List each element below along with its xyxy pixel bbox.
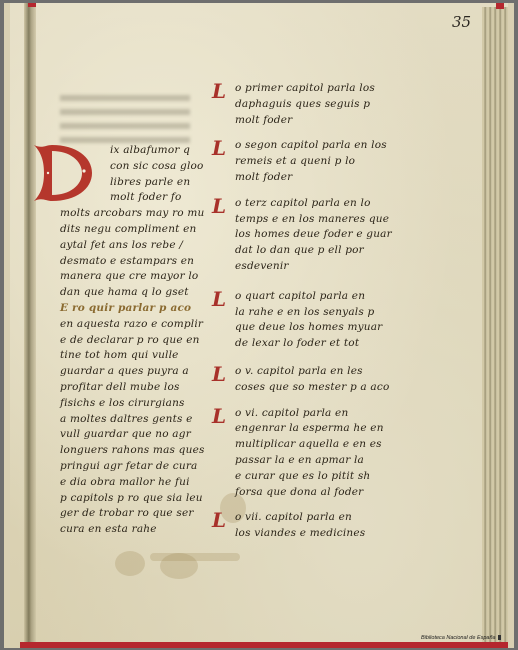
text-line: temps e en los maneres que [225,212,390,228]
text-line: multiplicar aquella e en es [225,437,390,453]
watermark-logo-icon [498,635,501,640]
text-line: passar la e en apmar la [225,453,390,469]
rubric-initial: L [212,197,226,215]
rubric-initial: L [212,290,226,308]
chapter-entry-7: L o vii. capitol parla en los viandes e … [225,510,390,542]
text-line: e curar que es lo pitit sh [225,469,390,485]
text-line: desmato e estampars en [60,254,225,270]
text-line: molts arcobars may ro mu [60,206,225,222]
text-line: fisichs e los cirurgians [60,396,225,412]
text-line: la rahe e en los senyals p [225,305,390,321]
rubric-initial: L [212,365,226,383]
chapter-entry-2: L o segon capitol parla en los remeis et… [225,138,390,185]
text-line: o vii. capitol parla en [225,510,390,526]
right-text-column: L o primer capitol parla los daphaguis q… [225,81,390,554]
text-line: los homes deue foder e guar [225,227,390,243]
top-left-tab [28,3,36,7]
text-line: dan que hama q lo gset [60,285,225,301]
folio-number: 35 [452,13,471,31]
top-right-tab [496,3,504,9]
viewer-frame: 35 ix albafumor q con sic cosa gloo libr… [4,3,514,648]
text-line: vull guardar que no agr [60,427,225,443]
text-line: con sic cosa gloo [60,159,225,175]
text-line: los viandes e medicines [225,526,390,542]
text-line: ger de trobar ro que ser [60,506,225,522]
text-line: dits negu compliment en [60,222,225,238]
rubric-initial: L [212,139,226,157]
text-line: guardar a ques puyra a [60,364,225,380]
text-line: coses que so mester p a aco [225,380,390,396]
text-line: E ro quir parlar p aco [60,301,225,317]
text-line: p capitols p ro que sia leu [60,491,225,507]
rubric-initial: L [212,511,226,529]
rubric-initial: L [212,82,226,100]
text-line: o quart capitol parla en [225,289,390,305]
bottom-red-band [20,642,508,648]
page-gutter [24,3,36,648]
text-line: engenrar la esperma he en [225,421,390,437]
text-line: o vi. capitol parla en [225,406,390,422]
text-line: esdevenir [225,259,390,275]
text-line: pringui agr fetar de cura [60,459,225,475]
text-line: dat lo dan que p ell por [225,243,390,259]
text-line: remeis et a queni p lo [225,154,390,170]
text-line: que deue los homes myuar [225,320,390,336]
chapter-entry-4: L o quart capitol parla en la rahe e en … [225,289,390,352]
text-line: daphaguis ques seguis p [225,97,390,113]
text-line: tine tot hom qui vulle [60,348,225,364]
ink-bleed-through [60,95,190,145]
text-line: o v. capitol parla en les [225,364,390,380]
manuscript-page: 35 ix albafumor q con sic cosa gloo libr… [10,3,508,648]
text-line: e de declarar p ro que en [60,333,225,349]
text-line: en aquesta razo e complir [60,317,225,333]
text-line: o terz capitol parla en lo [225,196,390,212]
text-line: molt foder fo [60,190,225,206]
text-line: molt foder [225,113,390,129]
chapter-entry-6: L o vi. capitol parla en engenrar la esp… [225,406,390,501]
chapter-entry-5: L o v. capitol parla en les coses que so… [225,364,390,396]
stain [150,553,240,561]
text-line: libres parle en [60,175,225,191]
text-line: forsa que dona al foder [225,485,390,501]
chapter-entry-1: L o primer capitol parla los daphaguis q… [225,81,390,128]
library-watermark: Biblioteca Nacional de España [421,635,501,641]
text-line: profitar dell mube los [60,380,225,396]
text-line: aytal fet ans los rebe / [60,238,225,254]
text-line: molt foder [225,170,390,186]
text-line: e dia obra mallor he fui [60,475,225,491]
text-line: o segon capitol parla en los [225,138,390,154]
text-line: o primer capitol parla los [225,81,390,97]
text-line: de lexar lo foder et tot [225,336,390,352]
page-fore-edge [482,7,508,647]
rubric-initial: L [212,407,226,425]
left-text-column: ix albafumor q con sic cosa gloo libres … [60,143,225,538]
text-line: cura en esta rahe [60,522,225,538]
text-line: ix albafumor q [60,143,225,159]
text-line: longuers rahons mas ques [60,443,225,459]
stain [115,551,145,576]
text-line: a moltes daltres gents e [60,412,225,428]
watermark-text: Biblioteca Nacional de España [421,635,496,641]
chapter-entry-3: L o terz capitol parla en lo temps e en … [225,196,390,275]
text-line: manera que cre mayor lo [60,269,225,285]
